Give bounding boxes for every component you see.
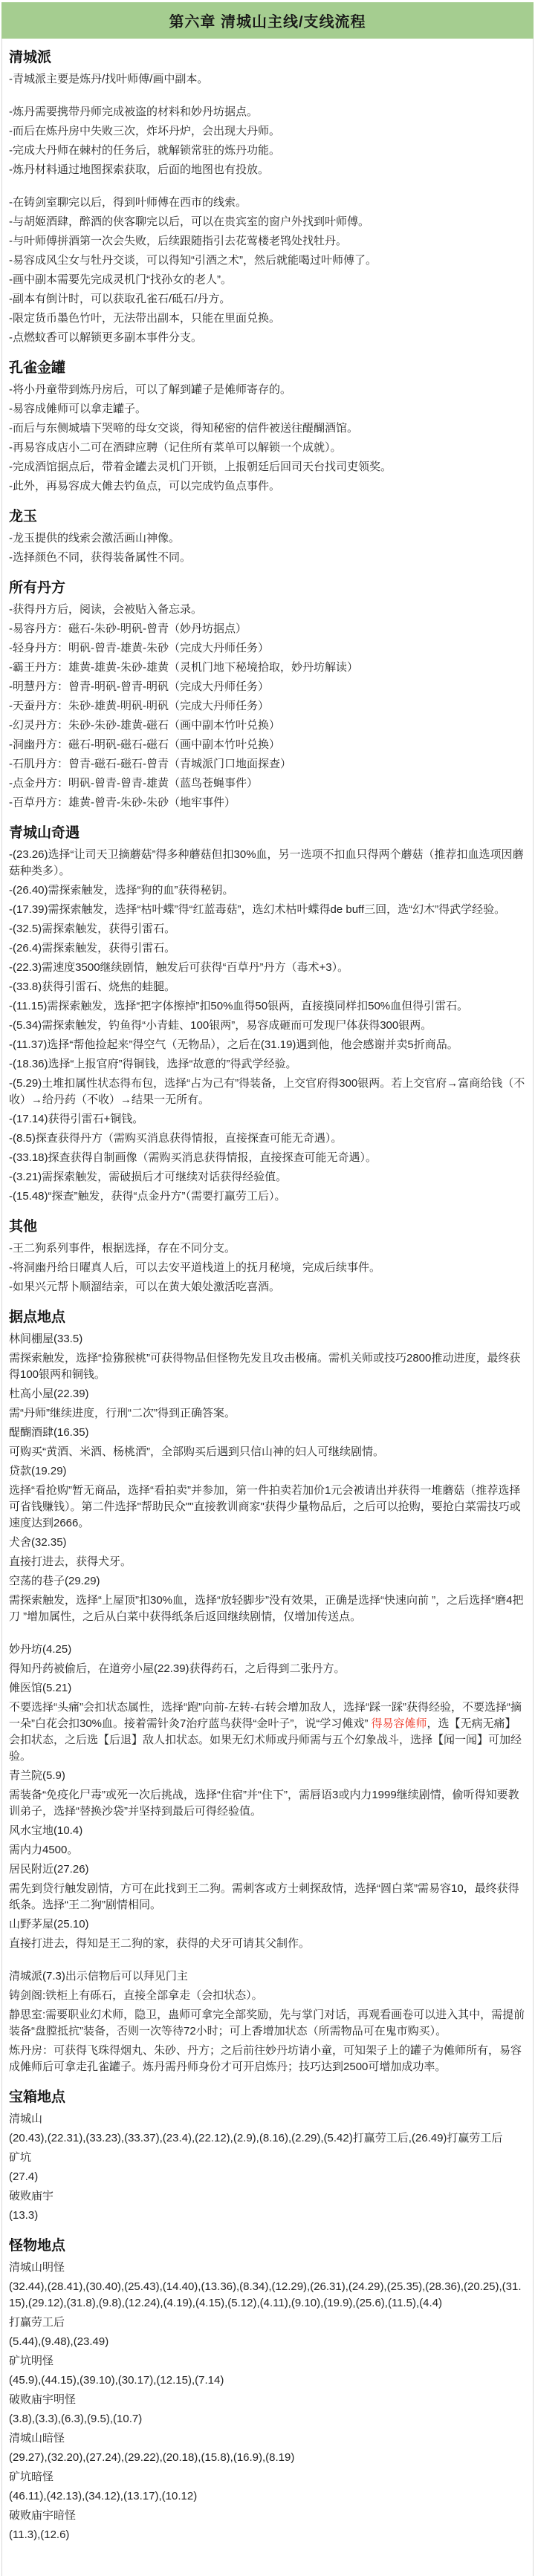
doc-line: 贷款(19.29) bbox=[9, 1463, 525, 1480]
doc-line: -完成酒馆据点后，带着金罐去灵机门开锁，上报朝廷后回司天台找司吏领奖。 bbox=[9, 459, 525, 475]
blank-line bbox=[9, 1955, 525, 1968]
doc-section: 怪物地点清城山明怪(32.44),(28.41),(30.40),(25.43)… bbox=[9, 2234, 525, 2543]
section-heading: 其他 bbox=[9, 1215, 525, 1235]
doc-line: -易容丹方：磁石-朱砂-明矾-曾青（妙丹坊据点） bbox=[9, 621, 525, 637]
doc-line: 需探索触发，选择“捡猕猴桃”可获得物品但怪物先发且攻击极痛。需机关师或技巧280… bbox=[9, 1350, 525, 1383]
doc-line: (3.8),(3.3),(6.3),(9.5),(10.7) bbox=[9, 2411, 525, 2427]
doc-line: 矿坑 bbox=[9, 2150, 525, 2166]
doc-line: -(17.39)需探索触发，选择“枯叶蝶”得“红蓝毒菇”，选幻术枯叶蝶得de b… bbox=[9, 902, 525, 918]
doc-line: -炼丹需要携带丹师完成被盗的材料和妙丹坊据点。 bbox=[9, 104, 525, 120]
doc-line: 需内力4500。 bbox=[9, 1842, 525, 1858]
doc-line: 破败庙宇暗怪 bbox=[9, 2508, 525, 2524]
doc-line: -再易容成店小二可在酒肆应聘（记住所有菜单可以解锁一个成就）。 bbox=[9, 440, 525, 456]
doc-line: 清城山暗怪 bbox=[9, 2430, 525, 2447]
doc-section: 青城山奇遇-(23.26)选择“让司天卫摘蘑菇”得多种蘑菇但扣30%血，另一选项… bbox=[9, 822, 525, 1205]
section-heading: 龙玉 bbox=[9, 505, 525, 525]
doc-line: (32.44),(28.41),(30.40),(25.43),(14.40),… bbox=[9, 2279, 525, 2312]
doc-line: -易容成傩师可以拿走罐子。 bbox=[9, 401, 525, 417]
doc-line: (29.27),(32.20),(27.24),(29.22),(20.18),… bbox=[9, 2450, 525, 2466]
document-page: 第六章 清城山主线/支线流程 清城派-青城派主要是炼丹/找叶师傅/画中副本。-炼… bbox=[0, 0, 535, 2576]
section-heading: 孔雀金罐 bbox=[9, 357, 525, 377]
doc-line: (5.44),(9.48),(23.49) bbox=[9, 2334, 525, 2350]
doc-line: -(11.37)选择“帮他捡起来”得空气（无物品），之后在(31.19)遇到他，… bbox=[9, 1037, 525, 1053]
section-heading: 所有丹方 bbox=[9, 576, 525, 596]
doc-line: -(18.36)选择“上报官府”得铜钱，选择“故意的”得武学经验。 bbox=[9, 1056, 525, 1073]
doc-line: 打赢劳工后 bbox=[9, 2315, 525, 2331]
doc-line: -如果兴元帮卜顺溜结亲，可以在黄大娘处激活吃喜酒。 bbox=[9, 1279, 525, 1295]
doc-line: -龙玉提供的线索会激活画山神像。 bbox=[9, 530, 525, 547]
doc-line: 清城山 bbox=[9, 2111, 525, 2127]
doc-line: -在铸剑室聊完以后，得到叶师傅在西市的线索。 bbox=[9, 195, 525, 211]
doc-line: -洞幽丹方：磁石-明矾-磁石-磁石（画中副本竹叶兑换） bbox=[9, 737, 525, 753]
doc-line: (20.43),(22.31),(33.23),(33.37),(23.4),(… bbox=[9, 2130, 525, 2147]
doc-line: 破败庙宇明怪 bbox=[9, 2392, 525, 2408]
doc-line: (13.3) bbox=[9, 2208, 525, 2224]
doc-sections: 清城派-青城派主要是炼丹/找叶师傅/画中副本。-炼丹需要携带丹师完成被盗的材料和… bbox=[1, 39, 534, 2576]
doc-section: 龙玉-龙玉提供的线索会激活画山神像。-选择颜色不同，获得装备属性不同。 bbox=[9, 505, 525, 566]
doc-line: -选择颜色不同，获得装备属性不同。 bbox=[9, 550, 525, 566]
doc-line: (45.9),(44.15),(39.10),(30.17),(12.15),(… bbox=[9, 2372, 525, 2389]
doc-line: -天蚕丹方：朱砂-雄黄-明矾-明矾（完成大丹师任务） bbox=[9, 698, 525, 715]
doc-section: 其他-王二狗系列事件，根据选择，存在不同分支。-将洞幽丹给日曜真人后，可以去安平… bbox=[9, 1215, 525, 1295]
doc-line: -(11.15)需探索触发，选择“把字体擦掉”扣50%血得50银两，直接摸同样扣… bbox=[9, 998, 525, 1015]
doc-line: 选择“看抢购”暂无商品，选择“看拍卖”并参加，第一件拍卖若加价1元会被请出并获得… bbox=[9, 1483, 525, 1532]
doc-line: -将洞幽丹给日曜真人后，可以去安平道栈道上的抚月秘境，完成后续事件。 bbox=[9, 1260, 525, 1276]
doc-line: -(33.18)探查获得自制画像（需购买消息获得情报，直接探查可能无奇遇）。 bbox=[9, 1150, 525, 1166]
doc-line: 需装备“免疫化尸毒”或死一次后挑战，选择“住宿”并“住下”，需唇语3或内力199… bbox=[9, 1787, 525, 1820]
highlight-red-text: 得易容傩师 bbox=[372, 1717, 427, 1730]
doc-line: -霸王丹方：雄黄-雄黄-朱砂-雄黄（灵机门地下秘境拾取，妙丹坊解读） bbox=[9, 660, 525, 676]
doc-line: -易容成风尘女与牡丹交谈，可以得知“引酒之术”，然后就能喝过叶师傅了。 bbox=[9, 253, 525, 269]
doc-line: -(22.3)需速度3500继续剧情，触发后可获得“百草丹”丹方（毒术+3）。 bbox=[9, 960, 525, 976]
doc-line: -(5.29)土堆扣属性状态得布包，选择“占为己有”得装备，上交官府得300银两… bbox=[9, 1076, 525, 1108]
doc-line: -(23.26)选择“让司天卫摘蘑菇”得多种蘑菇但扣30%血，另一选项不扣血只得… bbox=[9, 847, 525, 879]
title-bar: 第六章 清城山主线/支线流程 bbox=[1, 2, 534, 39]
section-heading: 清城派 bbox=[9, 46, 525, 66]
doc-section: 据点地点林间棚屋(33.5)需探索触发，选择“捡猕猴桃”可获得物品但怪物先发且攻… bbox=[9, 1306, 525, 2075]
doc-line: -限定货币墨色竹叶，无法带出副本，只能在里面兑换。 bbox=[9, 310, 525, 327]
doc-line: -与胡姬酒肆，醉酒的侠客聊完以后，可以在贵宾室的窗户外找到叶师傅。 bbox=[9, 214, 525, 230]
doc-line: (27.4) bbox=[9, 2169, 525, 2185]
doc-line: -(17.14)获得引雷石+铜钱。 bbox=[9, 1111, 525, 1128]
doc-line: 清城派(7.3)出示信物后可以拜见门主 bbox=[9, 1968, 525, 1985]
doc-line: 清城山明怪 bbox=[9, 2260, 525, 2276]
doc-line: -副本有倒计时，可以获取孔雀石/砥石/丹方。 bbox=[9, 291, 525, 308]
doc-line: 犬舍(32.35) bbox=[9, 1535, 525, 1551]
doc-line: 空荡的巷子(29.29) bbox=[9, 1573, 525, 1590]
doc-line: 矿坑暗怪 bbox=[9, 2469, 525, 2485]
doc-section: 所有丹方-获得丹方后，阅读，会被贴入备忘录。-易容丹方：磁石-朱砂-明矾-曾青（… bbox=[9, 576, 525, 811]
doc-section: 清城派-青城派主要是炼丹/找叶师傅/画中副本。-炼丹需要携带丹师完成被盗的材料和… bbox=[9, 46, 525, 346]
doc-line: -(3.21)需探索触发，需破损后才可继续对话获得经验值。 bbox=[9, 1169, 525, 1185]
doc-line: 杜高小屋(22.39) bbox=[9, 1386, 525, 1402]
doc-line: -完成大丹师在棘村的任务后，就解锁常驻的炼丹功能。 bbox=[9, 143, 525, 159]
doc-line: 需“丹师”继续进度，行刑“二次”得到正确答案。 bbox=[9, 1405, 525, 1422]
doc-line: 破败庙宇 bbox=[9, 2188, 525, 2205]
doc-line: 醍醐酒肆(16.35) bbox=[9, 1425, 525, 1441]
doc-line: -点金丹方：明矾-曾青-曾青-雄黄（蓝鸟苍蝇事件） bbox=[9, 775, 525, 792]
doc-line: -而后在炼丹房中失败三次，炸坏丹炉，会出现大丹师。 bbox=[9, 123, 525, 140]
doc-line: -(33.8)获得引雷石、烧焦的蛙腿。 bbox=[9, 979, 525, 995]
doc-line: -将小丹童带到炼丹房后，可以了解到罐子是傩师寄存的。 bbox=[9, 382, 525, 398]
doc-line: 居民附近(27.26) bbox=[9, 1861, 525, 1878]
doc-line: 矿坑明怪 bbox=[9, 2353, 525, 2370]
doc-line: (46.11),(42.13),(34.12),(13.17),(10.12) bbox=[9, 2488, 525, 2505]
doc-line: 得知丹药被偷后，在道旁小屋(22.39)获得药石，之后得到二张丹方。 bbox=[9, 1661, 525, 1677]
blank-line bbox=[9, 1628, 525, 1642]
doc-line: -百草丹方：雄黄-曾青-朱砂-朱砂（地牢事件） bbox=[9, 795, 525, 811]
doc-line: -石肌丹方：曾青-磁石-磁石-曾青（青城派门口地面探查） bbox=[9, 756, 525, 773]
doc-line: -幻灵丹方：朱砂-朱砂-雄黄-磁石（画中副本竹叶兑换） bbox=[9, 718, 525, 734]
doc-line: 直接打进去，得知是王二狗的家，获得的犬牙可请其父制作。 bbox=[9, 1936, 525, 1952]
page-title: 第六章 清城山主线/支线流程 bbox=[169, 10, 366, 31]
doc-line: -而后与东侧城墙下哭啼的母女交谈，得知秘密的信件被送往醍醐酒馆。 bbox=[9, 420, 525, 437]
doc-line: -炼丹材料通过地图探索获取，后面的地图也有投放。 bbox=[9, 162, 525, 178]
doc-line: -(8.5)探查获得丹方（需购买消息获得情报，直接探查可能无奇遇）。 bbox=[9, 1131, 525, 1147]
doc-line: 林间棚屋(33.5) bbox=[9, 1331, 525, 1347]
doc-line: 风水宝地(10.4) bbox=[9, 1823, 525, 1839]
doc-line: 青兰院(5.9) bbox=[9, 1768, 525, 1784]
doc-line: 需先到贷行触发剧情，方可在此找到王二狗。需刺客或方士刺探敌情，选择“圆白菜”需易… bbox=[9, 1881, 525, 1913]
doc-line: 静思室:需要职业幻术师，隐卫，蛊师可拿完全部奖励，先与掌门对话，再观看画卷可以进… bbox=[9, 2007, 525, 2040]
doc-line: 直接打进去，获得犬牙。 bbox=[9, 1554, 525, 1570]
section-heading: 宝箱地点 bbox=[9, 2086, 525, 2106]
doc-line: 需探索触发，选择“上屋顶”扣30%血，选择“放轻脚步”没有效果，正确是选择“快速… bbox=[9, 1593, 525, 1625]
doc-line: 山野茅屋(25.10) bbox=[9, 1916, 525, 1933]
doc-line: -青城派主要是炼丹/找叶师傅/画中副本。 bbox=[9, 71, 525, 88]
doc-line: -此外，再易容成大傩去钓鱼点，可以完成钓鱼点事件。 bbox=[9, 478, 525, 495]
blank-line bbox=[9, 181, 525, 195]
doc-line: -与叶师傅拼酒第一次会失败，后续跟随指引去花莺楼老鸨处找牡丹。 bbox=[9, 233, 525, 250]
blank-line bbox=[9, 91, 525, 104]
section-heading: 怪物地点 bbox=[9, 2234, 525, 2254]
doc-line: -获得丹方后，阅读，会被贴入备忘录。 bbox=[9, 602, 525, 618]
doc-line: -画中副本需要先完成灵机门“找孙女的老人”。 bbox=[9, 272, 525, 288]
doc-line: 可购买“黄酒、米酒、杨桃酒”，全部购买后遇到只信山神的妇人可继续剧情。 bbox=[9, 1444, 525, 1460]
doc-line: -点燃蚊香可以解锁更多副本事件分支。 bbox=[9, 330, 525, 346]
doc-line: 妙丹坊(4.25) bbox=[9, 1642, 525, 1658]
doc-section: 孔雀金罐-将小丹童带到炼丹房后，可以了解到罐子是傩师寄存的。-易容成傩师可以拿走… bbox=[9, 357, 525, 495]
doc-line: (11.3),(12.6) bbox=[9, 2527, 525, 2543]
doc-line: -明慧丹方：曾青-明矾-曾青-明矾（完成大丹师任务） bbox=[9, 679, 525, 695]
doc-line: 傩医馆(5.21) bbox=[9, 1680, 525, 1697]
doc-line: -轻身丹方：明矾-曾青-雄黄-朱砂（完成大丹师任务） bbox=[9, 640, 525, 657]
doc-line: 炼丹房：可获得飞珠得烟丸、朱砂、丹方；之后前往妙丹坊请小童，可知架子上的罐子为傩… bbox=[9, 2043, 525, 2075]
doc-line: -(26.4)需探索触发，获得引雷石。 bbox=[9, 940, 525, 957]
doc-section: 宝箱地点清城山(20.43),(22.31),(33.23),(33.37),(… bbox=[9, 2086, 525, 2224]
doc-line: 铸剑阁:铁柜上有砾石，直接全部拿走（会扣状态）。 bbox=[9, 1988, 525, 2004]
doc-line: -(26.40)需探索触发，选择“狗的血”获得秘钥。 bbox=[9, 882, 525, 899]
section-heading: 青城山奇遇 bbox=[9, 822, 525, 842]
doc-line: -(32.5)需探索触发，获得引雷石。 bbox=[9, 921, 525, 937]
section-heading: 据点地点 bbox=[9, 1306, 525, 1326]
doc-line: -(5.34)需探索触发，钓鱼得“小青蛙、100银两”，易容成砸而可发现尸体获得… bbox=[9, 1018, 525, 1034]
doc-line: 不要选择“头痛”会扣状态属性，选择“跑”向前-左转-右转会增加敌人，选择“踩一踩… bbox=[9, 1700, 525, 1765]
doc-line: -王二狗系列事件，根据选择，存在不同分支。 bbox=[9, 1240, 525, 1257]
doc-line: -(15.48)“探查”触发，获得“点金丹方”（需要打赢劳工后）。 bbox=[9, 1188, 525, 1205]
